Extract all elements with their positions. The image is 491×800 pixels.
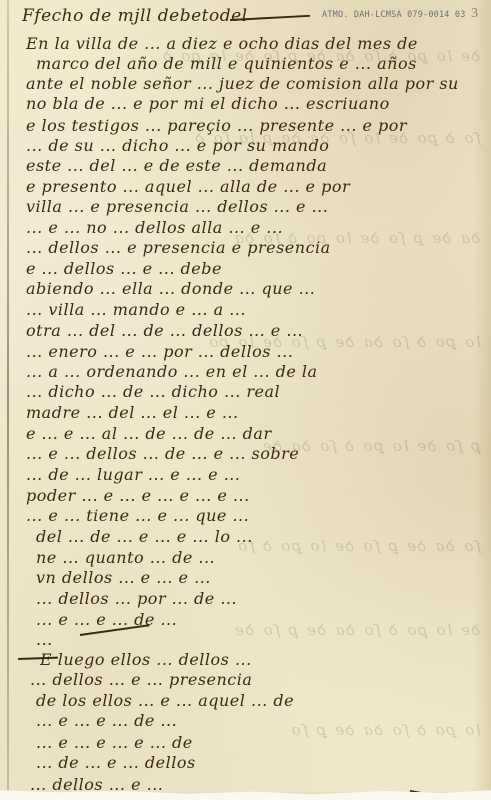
text-line: abiendo ... ella ... donde ... que ... xyxy=(26,279,466,298)
text-line: ... enero ... e ... por ... dellos ... xyxy=(26,342,466,361)
text-line: no bla de ... e por mi el dicho ... escr… xyxy=(26,94,466,113)
text-line: ... dicho ... de ... dicho ... real xyxy=(26,382,466,401)
text-line: villa ... e presencia ... dellos ... e .… xyxy=(26,197,466,216)
text-line: ... villa ... mando e ... a ... xyxy=(26,300,466,319)
text-line: ... de ... e ... dellos xyxy=(36,753,476,772)
folio-number: 3 xyxy=(471,6,478,22)
text-line: ... e ... e ... de ... xyxy=(36,610,476,629)
text-line: ... dellos ... e ... presencia xyxy=(30,670,470,689)
text-line: ... e ... dellos ... de ... e ... sobre xyxy=(26,444,466,463)
text-line: e ... dellos ... e ... debe xyxy=(26,259,466,278)
text-line: ... e ... tiene ... e ... que ... xyxy=(26,506,466,525)
text-line: e presento ... aquel ... alla de ... e p… xyxy=(26,177,466,196)
text-line: ... dellos ... e ... xyxy=(30,775,470,792)
text-line: otra ... del ... de ... dellos ... e ... xyxy=(26,321,466,340)
text-line: E luego ellos ... dellos ... xyxy=(40,650,480,669)
text-line: marco del año de mill e quinientos e ...… xyxy=(36,54,476,73)
text-line: vn dellos ... e ... e ... xyxy=(36,568,476,587)
text-line: madre ... del ... el ... e ... xyxy=(26,403,466,422)
text-line: ante el noble señor ... juez de comision… xyxy=(26,74,466,93)
text-line: ... de su ... dicho ... e por su mando xyxy=(26,136,466,155)
text-line: del ... de ... e ... e ... lo ... xyxy=(36,527,476,546)
text-line: ... xyxy=(36,630,476,649)
manuscript-page: ꝺe lo ꝑo ꝺ ſo ꝺa ꝺe ꝑ ſo ꝺe lo ꝑo ꝺ ſo ꝺ… xyxy=(0,0,491,792)
text-line: ne ... quanto ... de ... xyxy=(36,548,476,567)
text-line: ... e ... e ... de ... xyxy=(36,711,476,730)
text-line: de los ellos ... e ... aquel ... de xyxy=(36,691,476,710)
text-line: ... e ... e ... e ... de xyxy=(36,733,476,752)
text-line: ... e ... no ... dellos alla ... e ... xyxy=(26,218,466,237)
paper-stain xyxy=(473,0,491,792)
text-line: ... a ... ordenando ... en el ... de la xyxy=(26,362,466,381)
text-line: e ... e ... al ... de ... de ... dar xyxy=(26,424,466,443)
header-title: Ffecho de mjll debetodel xyxy=(22,6,272,26)
text-line: ... dellos ... por ... de ... xyxy=(36,589,476,608)
text-line: ... dellos ... e presencia e presencia xyxy=(26,238,466,257)
archival-stamp: ATMO. DAH-LCMSA 079-0014 03 xyxy=(322,10,466,20)
text-line: e los testigos ... pareçio ... presente … xyxy=(26,116,466,135)
text-line: ... de ... lugar ... e ... e ... xyxy=(26,465,466,484)
page-edge-line xyxy=(7,0,9,792)
text-line: este ... del ... e de este ... demanda xyxy=(26,156,466,175)
text-line: poder ... e ... e ... e ... e ... xyxy=(26,486,466,505)
text-line: En la villa de ... a diez e ocho dias de… xyxy=(26,34,466,53)
